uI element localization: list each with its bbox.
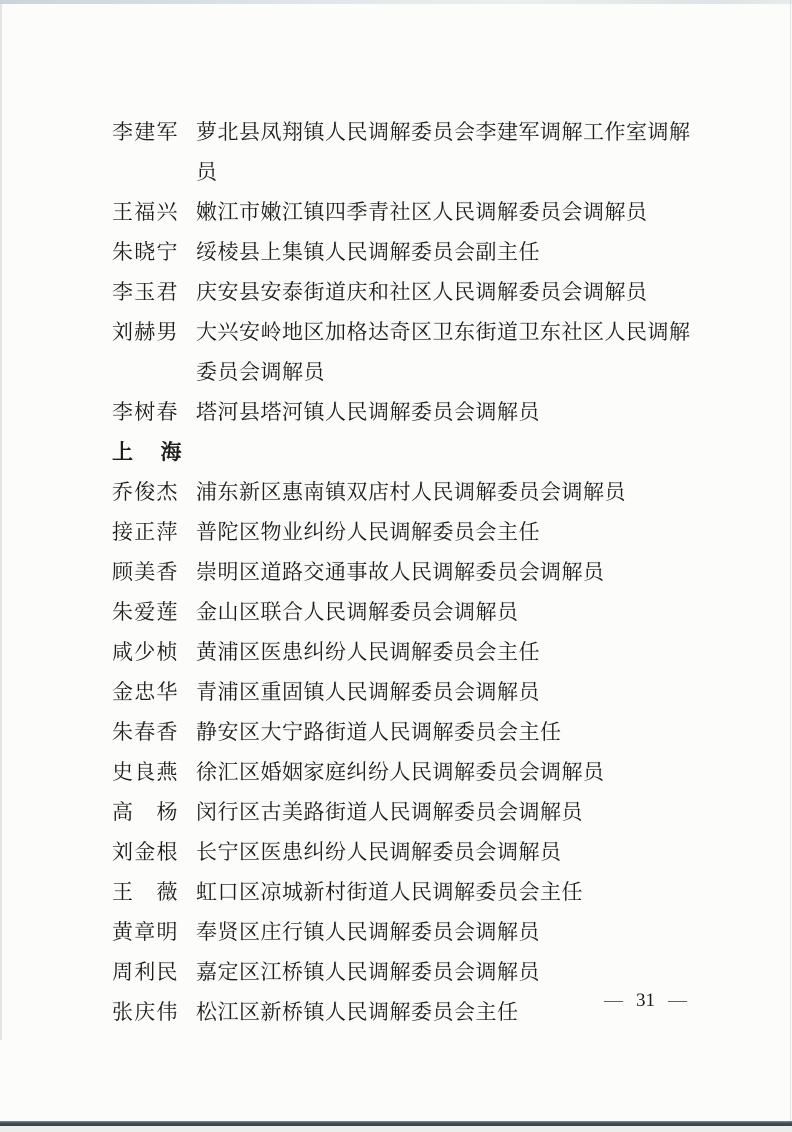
mediator-position: 崇明区道路交通事故人民调解委员会调解员 [196, 552, 702, 592]
mediator-position: 徐汇区婚姻家庭纠纷人民调解委员会调解员 [196, 752, 702, 792]
mediator-position: 嘉定区江桥镇人民调解委员会调解员 [196, 952, 702, 992]
mediator-name: 周利民 [112, 952, 178, 992]
section-header: 上海 [112, 432, 712, 472]
page-number: — 31 — [604, 990, 687, 1011]
mediator-entry: 史良燕 徐汇区婚姻家庭纠纷人民调解委员会调解员 [112, 752, 712, 792]
mediator-name: 刘金根 [112, 832, 178, 872]
page-number-dash-right: — [668, 990, 687, 1011]
mediator-name: 金忠华 [112, 672, 178, 712]
mediator-entry: 接正萍 普陀区物业纠纷人民调解委员会主任 [112, 512, 712, 552]
mediator-name: 史良燕 [112, 752, 178, 792]
mediator-position: 虹口区凉城新村街道人民调解委员会主任 [196, 872, 702, 912]
mediator-name: 高杨 [112, 792, 178, 832]
mediator-entry: 周利民 嘉定区江桥镇人民调解委员会调解员 [112, 952, 712, 992]
mediator-name: 顾美香 [112, 552, 178, 592]
mediator-entry: 金忠华 青浦区重固镇人民调解委员会调解员 [112, 672, 712, 712]
mediator-name: 刘赫男 [112, 312, 178, 352]
section-title: 上海 [112, 432, 182, 472]
mediator-entry: 李玉君 庆安县安泰街道庆和社区人民调解委员会调解员 [112, 272, 712, 312]
mediator-entry: 李树春 塔河县塔河镇人民调解委员会调解员 [112, 392, 712, 432]
mediator-entry: 朱晓宁 绥棱县上集镇人民调解委员会副主任 [112, 232, 712, 272]
document-page: 李建军 萝北县凤翔镇人民调解委员会李建军调解工作室调解员 王福兴 嫩江市嫩江镇四… [0, 0, 792, 1132]
mediator-position: 萝北县凤翔镇人民调解委员会李建军调解工作室调解员 [196, 112, 702, 192]
scan-edge-top [0, 0, 792, 4]
mediator-position: 浦东新区惠南镇双店村人民调解委员会调解员 [196, 472, 702, 512]
mediator-entry: 咸少桢 黄浦区医患纠纷人民调解委员会主任 [112, 632, 712, 672]
mediator-name: 乔俊杰 [112, 472, 178, 512]
mediator-position: 黄浦区医患纠纷人民调解委员会主任 [196, 632, 702, 672]
mediator-position: 闵行区古美路街道人民调解委员会调解员 [196, 792, 702, 832]
mediator-position: 塔河县塔河镇人民调解委员会调解员 [196, 392, 702, 432]
mediator-entry: 李建军 萝北县凤翔镇人民调解委员会李建军调解工作室调解员 [112, 112, 712, 192]
mediator-name: 黄章明 [112, 912, 178, 952]
mediator-name: 张庆伟 [112, 992, 178, 1032]
mediator-name: 接正萍 [112, 512, 178, 552]
mediator-position: 奉贤区庄行镇人民调解委员会调解员 [196, 912, 702, 952]
mediator-entry: 乔俊杰 浦东新区惠南镇双店村人民调解委员会调解员 [112, 472, 712, 512]
mediator-entry: 刘金根 长宁区医患纠纷人民调解委员会调解员 [112, 832, 712, 872]
mediator-entry: 黄章明 奉贤区庄行镇人民调解委员会调解员 [112, 912, 712, 952]
mediator-entry: 王福兴 嫩江市嫩江镇四季青社区人民调解委员会调解员 [112, 192, 712, 232]
mediator-entry: 顾美香 崇明区道路交通事故人民调解委员会调解员 [112, 552, 712, 592]
scan-edge-left [0, 0, 2, 1040]
mediator-entry: 朱爱莲 金山区联合人民调解委员会调解员 [112, 592, 712, 632]
mediator-position: 庆安县安泰街道庆和社区人民调解委员会调解员 [196, 272, 702, 312]
mediator-entry: 朱春香 静安区大宁路街道人民调解委员会主任 [112, 712, 712, 752]
page-number-dash-left: — [604, 990, 623, 1011]
mediator-position: 金山区联合人民调解委员会调解员 [196, 592, 702, 632]
mediator-name: 李建军 [112, 112, 178, 152]
mediator-position: 青浦区重固镇人民调解委员会调解员 [196, 672, 702, 712]
mediator-position: 绥棱县上集镇人民调解委员会副主任 [196, 232, 702, 272]
mediator-name: 朱晓宁 [112, 232, 178, 272]
mediator-entry: 刘赫男 大兴安岭地区加格达奇区卫东街道卫东社区人民调解委员会调解员 [112, 312, 712, 392]
mediator-position: 嫩江市嫩江镇四季青社区人民调解委员会调解员 [196, 192, 702, 232]
mediator-name: 李树春 [112, 392, 178, 432]
mediator-name: 王福兴 [112, 192, 178, 232]
mediator-entry: 王薇 虹口区凉城新村街道人民调解委员会主任 [112, 872, 712, 912]
mediator-position: 长宁区医患纠纷人民调解委员会调解员 [196, 832, 702, 872]
mediator-position: 静安区大宁路街道人民调解委员会主任 [196, 712, 702, 752]
mediator-list: 李建军 萝北县凤翔镇人民调解委员会李建军调解工作室调解员 王福兴 嫩江市嫩江镇四… [112, 112, 712, 1032]
mediator-name: 朱春香 [112, 712, 178, 752]
page-number-value: 31 [636, 990, 655, 1011]
mediator-position: 普陀区物业纠纷人民调解委员会主任 [196, 512, 702, 552]
mediator-name: 咸少桢 [112, 632, 178, 672]
scan-edge-right [790, 0, 791, 1132]
scan-edge-bottom-margin [0, 1126, 792, 1132]
mediator-entry: 高杨 闵行区古美路街道人民调解委员会调解员 [112, 792, 712, 832]
mediator-name: 朱爱莲 [112, 592, 178, 632]
mediator-position: 大兴安岭地区加格达奇区卫东街道卫东社区人民调解委员会调解员 [196, 312, 702, 392]
mediator-name: 王薇 [112, 872, 178, 912]
mediator-name: 李玉君 [112, 272, 178, 312]
